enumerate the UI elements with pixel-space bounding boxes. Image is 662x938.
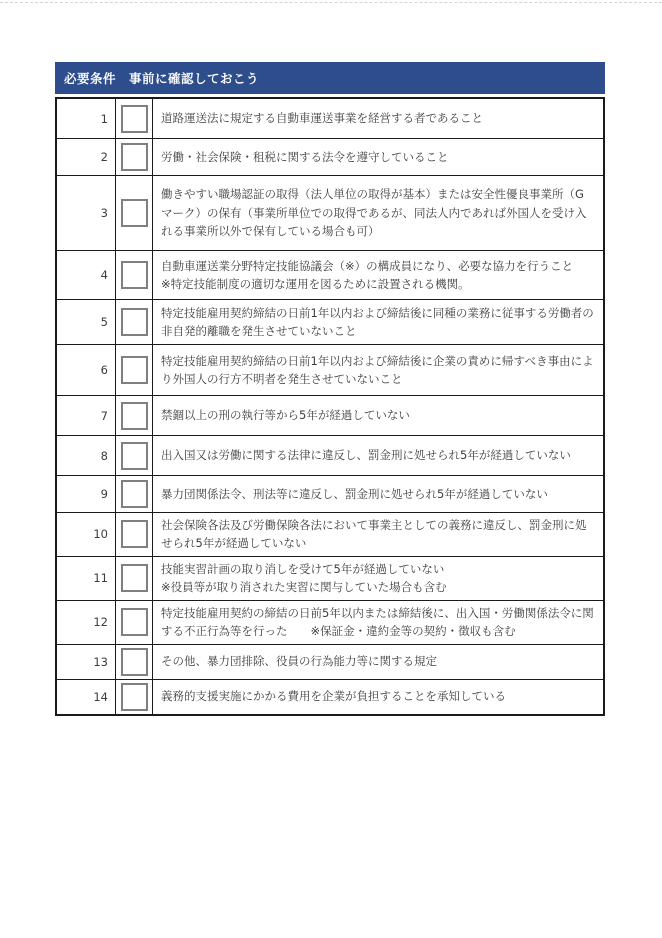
- row-text: その他、暴力団排除、役員の行為能力等に関する規定: [161, 652, 437, 670]
- checkbox-cell: [116, 396, 153, 435]
- row-text: 出入国又は労働に関する法律に違反し、罰金刑に処せられ5年が経過していない: [161, 446, 571, 464]
- page-top-border: [0, 2, 662, 3]
- checklist-row: 7 禁錮以上の刑の執行等から5年が経過していない: [57, 396, 603, 436]
- checkbox[interactable]: [121, 480, 148, 508]
- checklist-row: 10 社会保険各法及び労働保険各法において事業主としての義務に違反し、罰金刑に処…: [57, 513, 603, 557]
- row-text: 道路運送法に規定する自動車運送事業を経営する者であること: [161, 109, 483, 127]
- row-text-cell: 働きやすい職場認証の取得（法人単位の取得が基本）または安全性優良事業所（Gマーク…: [153, 176, 603, 250]
- row-number: 11: [57, 557, 116, 600]
- row-text-cell: 技能実習計画の取り消しを受けて5年が経過していない ※役員等が取り消された実習に…: [153, 557, 603, 600]
- row-text: 禁錮以上の刑の執行等から5年が経過していない: [161, 406, 410, 424]
- document-page: 必要条件 事前に確認しておこう 1 道路運送法に規定する自動車運送事業を経営する…: [0, 0, 662, 938]
- checklist-row: 1 道路運送法に規定する自動車運送事業を経営する者であること: [57, 99, 603, 139]
- checkbox-cell: [116, 176, 153, 250]
- row-number: 10: [57, 513, 116, 556]
- row-text: 技能実習計画の取り消しを受けて5年が経過していない ※役員等が取り消された実習に…: [161, 560, 447, 597]
- requirements-table: 必要条件 事前に確認しておこう 1 道路運送法に規定する自動車運送事業を経営する…: [55, 62, 605, 716]
- row-number: 4: [57, 251, 116, 299]
- checkbox-cell: [116, 645, 153, 679]
- row-text-cell: 出入国又は労働に関する法律に違反し、罰金刑に処せられ5年が経過していない: [153, 436, 603, 475]
- row-number: 8: [57, 436, 116, 475]
- row-text: 労働・社会保険・租税に関する法令を遵守していること: [161, 148, 449, 166]
- checkbox-cell: [116, 476, 153, 512]
- checklist-body: 1 道路運送法に規定する自動車運送事業を経営する者であること 2 労働・社会保険…: [55, 97, 605, 716]
- checkbox-cell: [116, 251, 153, 299]
- row-number: 13: [57, 645, 116, 679]
- checkbox-cell: [116, 557, 153, 600]
- checkbox[interactable]: [121, 356, 148, 384]
- row-number: 9: [57, 476, 116, 512]
- checklist-row: 8 出入国又は労働に関する法律に違反し、罰金刑に処せられ5年が経過していない: [57, 436, 603, 476]
- checkbox-cell: [116, 680, 153, 714]
- checkbox[interactable]: [121, 402, 148, 430]
- row-number: 6: [57, 345, 116, 395]
- checkbox-cell: [116, 601, 153, 644]
- checkbox[interactable]: [121, 564, 148, 592]
- checkbox-cell: [116, 513, 153, 556]
- checkbox[interactable]: [121, 442, 148, 470]
- row-number: 7: [57, 396, 116, 435]
- checkbox[interactable]: [121, 683, 148, 711]
- checkbox-cell: [116, 300, 153, 344]
- row-text-cell: 暴力団関係法令、刑法等に違反し、罰金刑に処せられ5年が経過していない: [153, 476, 603, 512]
- row-text: 特定技能雇用契約締結の日前1年以内および締結後に企業の責めに帰すべき事由により外…: [161, 352, 595, 389]
- checklist-row: 4 自動車運送業分野特定技能協議会（※）の構成員になり、必要な協力を行うこと ※…: [57, 251, 603, 300]
- checklist-row: 2 労働・社会保険・租税に関する法令を遵守していること: [57, 139, 603, 176]
- row-text: 特定技能雇用契約の締結の日前5年以内または締結後に、出入国・労働関係法令に関する…: [161, 604, 595, 641]
- checkbox[interactable]: [121, 143, 148, 171]
- row-text-cell: 特定技能雇用契約締結の日前1年以内および締結後に企業の責めに帰すべき事由により外…: [153, 345, 603, 395]
- row-text-cell: 特定技能雇用契約締結の日前1年以内および締結後に同種の業務に従事する労働者の非自…: [153, 300, 603, 344]
- row-text: 働きやすい職場認証の取得（法人単位の取得が基本）または安全性優良事業所（Gマーク…: [161, 185, 595, 240]
- row-text-cell: 自動車運送業分野特定技能協議会（※）の構成員になり、必要な協力を行うこと ※特定…: [153, 251, 603, 299]
- checklist-row: 9 暴力団関係法令、刑法等に違反し、罰金刑に処せられ5年が経過していない: [57, 476, 603, 513]
- checklist-row: 13 その他、暴力団排除、役員の行為能力等に関する規定: [57, 645, 603, 680]
- row-number: 3: [57, 176, 116, 250]
- checkbox[interactable]: [121, 648, 148, 676]
- checklist-row: 12 特定技能雇用契約の締結の日前5年以内または締結後に、出入国・労働関係法令に…: [57, 601, 603, 645]
- checkbox-cell: [116, 139, 153, 175]
- row-number: 12: [57, 601, 116, 644]
- row-text-cell: 道路運送法に規定する自動車運送事業を経営する者であること: [153, 99, 603, 138]
- row-text: 社会保険各法及び労働保険各法において事業主としての義務に違反し、罰金刑に処せられ…: [161, 516, 595, 553]
- checkbox[interactable]: [121, 608, 148, 636]
- checkbox-cell: [116, 345, 153, 395]
- row-text-cell: その他、暴力団排除、役員の行為能力等に関する規定: [153, 645, 603, 679]
- checklist-row: 14 義務的支援実施にかかる費用を企業が負担することを承知している: [57, 680, 603, 714]
- row-number: 2: [57, 139, 116, 175]
- row-text-cell: 労働・社会保険・租税に関する法令を遵守していること: [153, 139, 603, 175]
- checklist-row: 6 特定技能雇用契約締結の日前1年以内および締結後に企業の責めに帰すべき事由によ…: [57, 345, 603, 396]
- checkbox[interactable]: [121, 308, 148, 336]
- checklist-row: 3 働きやすい職場認証の取得（法人単位の取得が基本）または安全性優良事業所（Gマ…: [57, 176, 603, 251]
- row-number: 14: [57, 680, 116, 714]
- checkbox[interactable]: [121, 261, 148, 289]
- row-text: 特定技能雇用契約締結の日前1年以内および締結後に同種の業務に従事する労働者の非自…: [161, 304, 595, 341]
- row-text: 義務的支援実施にかかる費用を企業が負担することを承知している: [161, 687, 506, 705]
- row-text-cell: 義務的支援実施にかかる費用を企業が負担することを承知している: [153, 680, 603, 714]
- row-number: 5: [57, 300, 116, 344]
- checkbox[interactable]: [121, 105, 148, 133]
- checklist-row: 11 技能実習計画の取り消しを受けて5年が経過していない ※役員等が取り消された…: [57, 557, 603, 601]
- row-text: 暴力団関係法令、刑法等に違反し、罰金刑に処せられ5年が経過していない: [161, 485, 548, 503]
- checklist-row: 5 特定技能雇用契約締結の日前1年以内および締結後に同種の業務に従事する労働者の…: [57, 300, 603, 345]
- row-text: 自動車運送業分野特定技能協議会（※）の構成員になり、必要な協力を行うこと ※特定…: [161, 257, 573, 294]
- table-title: 必要条件 事前に確認しておこう: [64, 69, 259, 87]
- row-number: 1: [57, 99, 116, 138]
- row-text-cell: 社会保険各法及び労働保険各法において事業主としての義務に違反し、罰金刑に処せられ…: [153, 513, 603, 556]
- checkbox-cell: [116, 436, 153, 475]
- checkbox[interactable]: [121, 520, 148, 548]
- table-header: 必要条件 事前に確認しておこう: [55, 62, 605, 94]
- checkbox-cell: [116, 99, 153, 138]
- checkbox[interactable]: [121, 199, 148, 227]
- row-text-cell: 禁錮以上の刑の執行等から5年が経過していない: [153, 396, 603, 435]
- row-text-cell: 特定技能雇用契約の締結の日前5年以内または締結後に、出入国・労働関係法令に関する…: [153, 601, 603, 644]
